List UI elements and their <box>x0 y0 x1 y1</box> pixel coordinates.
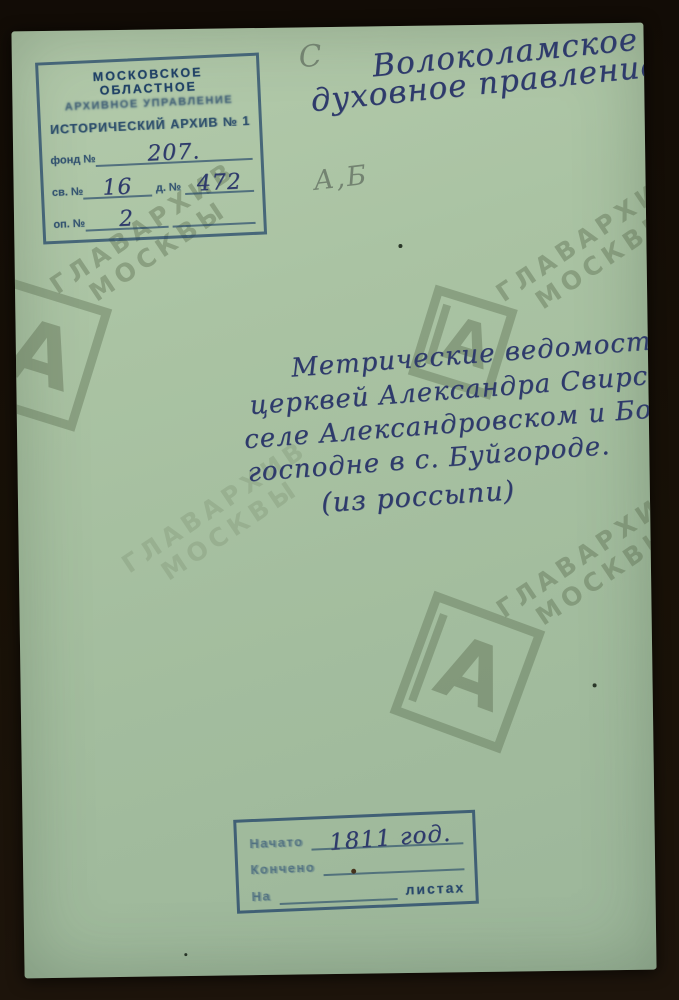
glavarhiv-watermark-text: ГЛАВАРХИВ МОСКВЫ <box>491 164 656 331</box>
opis-number: 2 <box>119 208 135 231</box>
paper-speck <box>398 244 402 248</box>
sv-number: 16 <box>102 176 133 199</box>
archival-file-cover: ГЛАВАРХИВ МОСКВЫ А ГЛАВАРХИВ МОСКВЫ А ГЛ… <box>11 23 656 979</box>
sheets-suffix: листах <box>405 879 465 899</box>
paper-speck <box>593 683 597 687</box>
pencil-letter-c: С <box>297 38 323 75</box>
archive-stamp: МОСКОВСКОЕ ОБЛАСТНОЕ АРХИВНОЕ УПРАВЛЕНИЕ… <box>35 53 267 245</box>
pencil-letters-ab: А,Б <box>312 160 370 197</box>
fond-number: 207. <box>147 141 201 165</box>
started-row: Начато 1811 год. <box>248 817 463 853</box>
started-label: Начато <box>249 834 304 853</box>
paper-speck <box>184 953 187 956</box>
paper-speck <box>351 869 356 874</box>
finished-label: Кончено <box>250 860 315 880</box>
scan-background: ГЛАВАРХИВ МОСКВЫ А ГЛАВАРХИВ МОСКВЫ А ГЛ… <box>0 0 679 1000</box>
title-line5: (из россыпи) <box>320 475 516 519</box>
delo-number: 472 <box>196 171 242 195</box>
stamp-field-sv-delo: св. № 16 д. № 472 <box>51 162 254 201</box>
dates-stamp-box: Начато 1811 год. Кончено На листах <box>233 810 479 914</box>
sheets-prefix: На <box>251 888 271 906</box>
stamp-field-opis: оп. № 2 <box>52 194 255 233</box>
